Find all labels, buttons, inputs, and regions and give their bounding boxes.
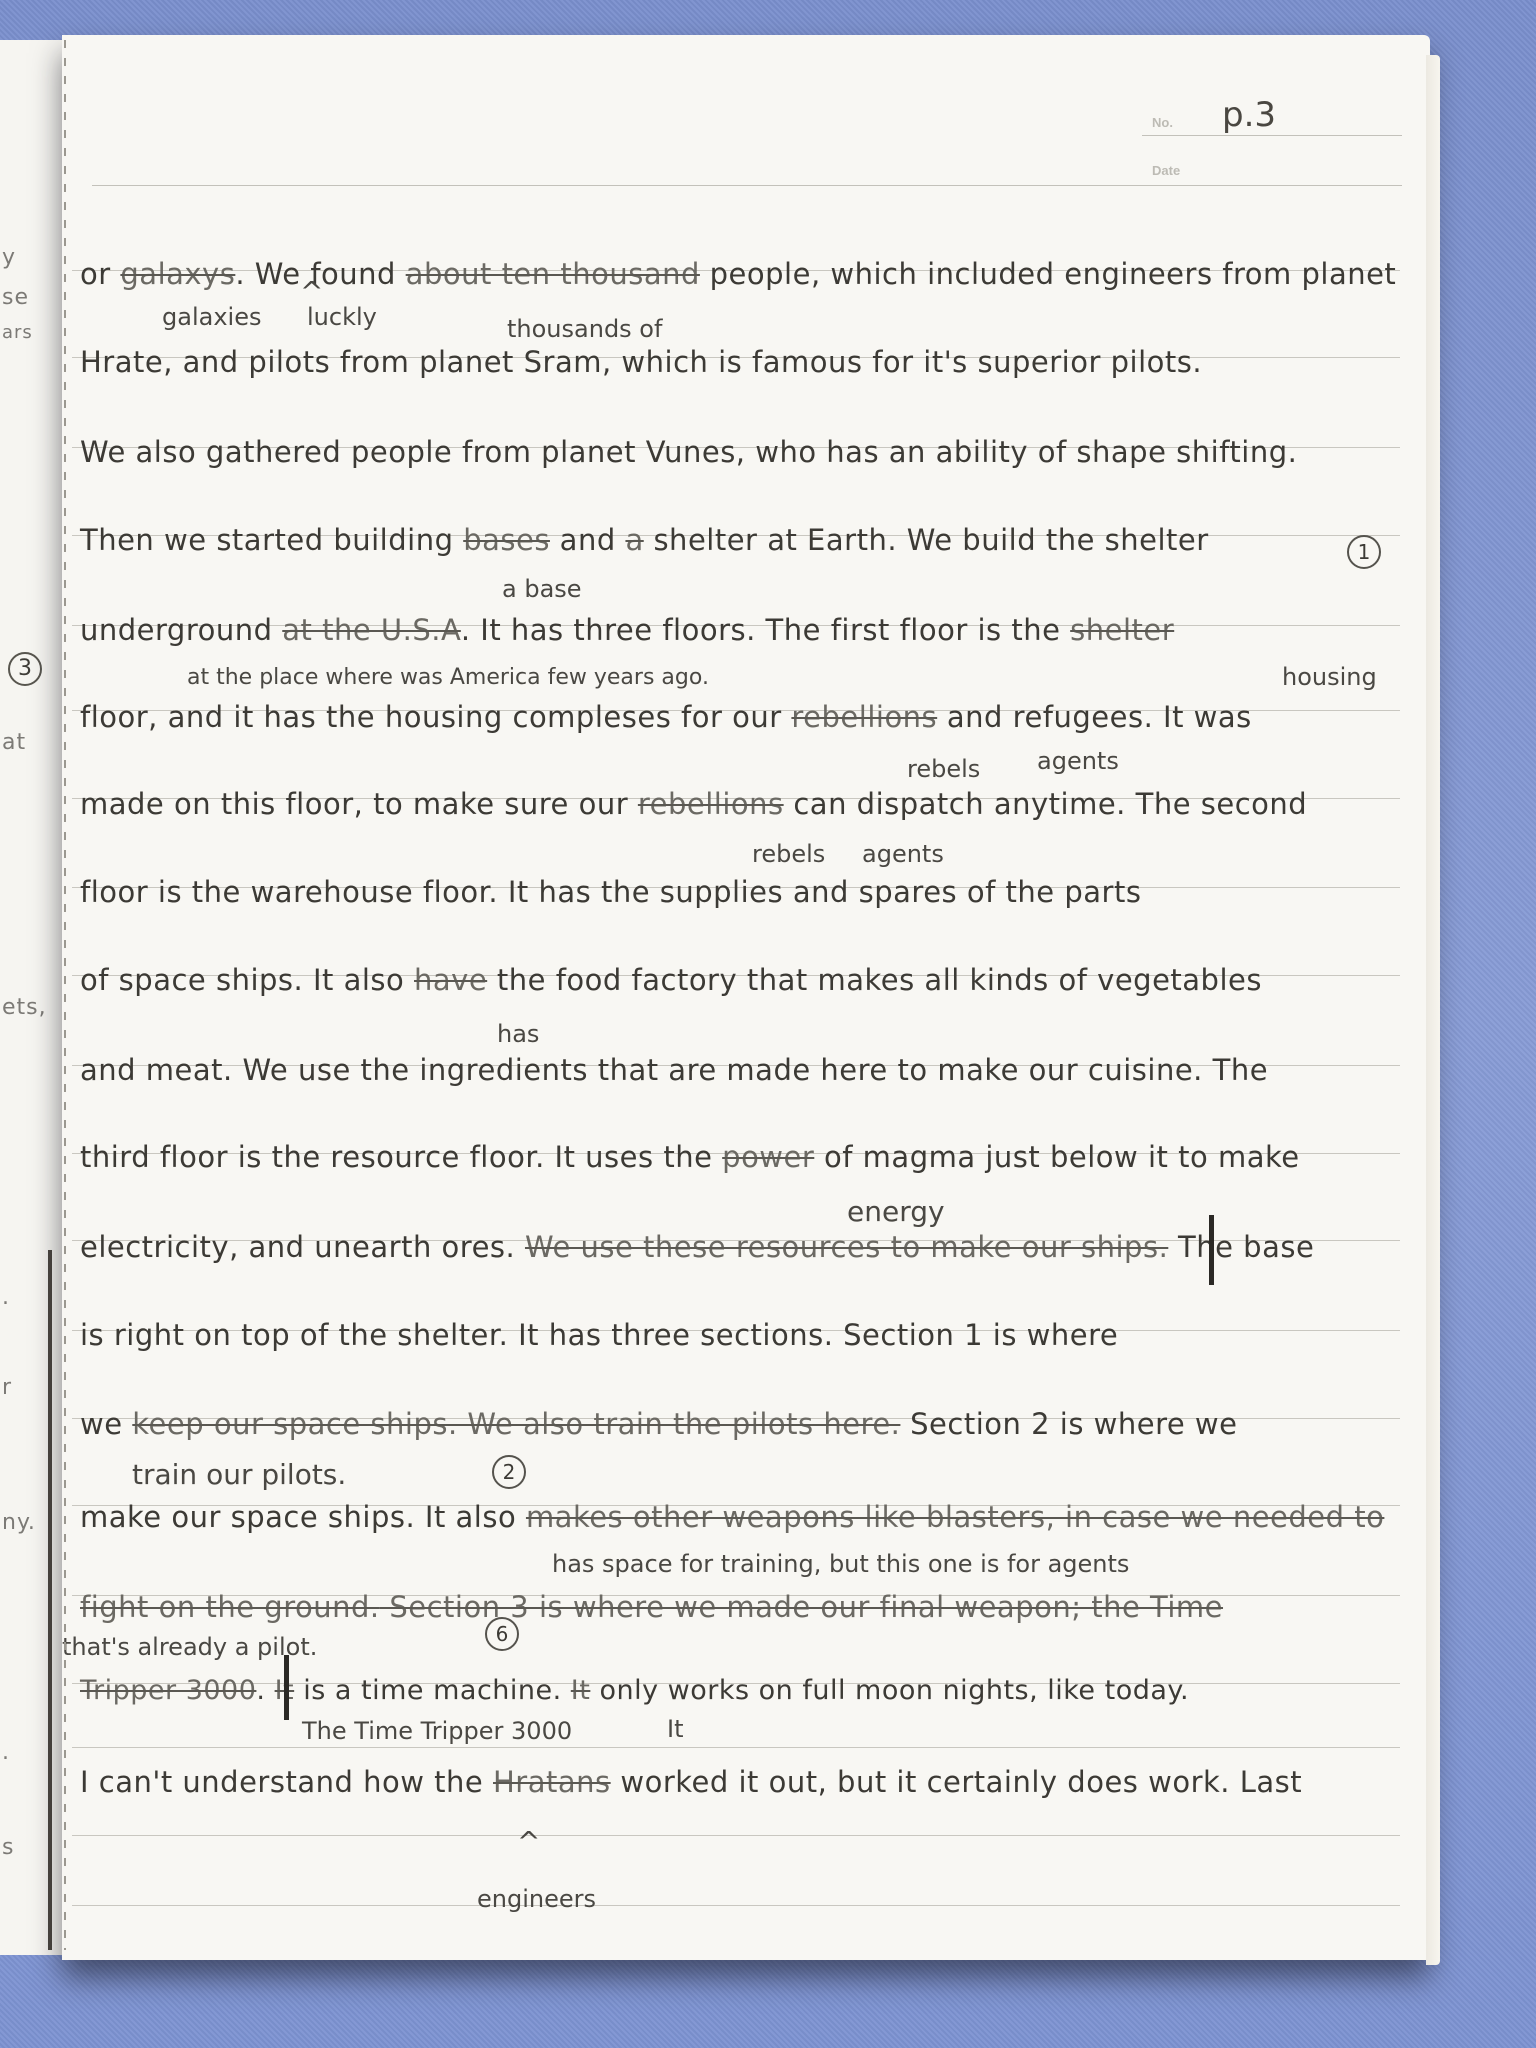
- struck-text: about ten thousand: [406, 257, 700, 291]
- circled-number-mark: 2: [492, 1455, 526, 1489]
- left-page: y se ars 3 at ets, . r ny. . s: [0, 40, 63, 1955]
- date-label: Date: [1152, 163, 1180, 178]
- handwritten-line-3: We also gathered people from planet Vune…: [80, 435, 1297, 469]
- text: and: [550, 523, 626, 557]
- text: worked it out, but it certainly does wor…: [611, 1765, 1303, 1799]
- insertion: a base: [502, 575, 582, 603]
- insertion: has space for training, but this one is …: [552, 1550, 1129, 1578]
- text: make our space ships. It also: [80, 1500, 526, 1534]
- insertion: rebels: [752, 840, 825, 868]
- insertion: galaxies: [162, 303, 261, 331]
- left-page-fragment: .: [2, 1740, 10, 1765]
- insertion: that's already a pilot.: [62, 1633, 317, 1661]
- left-page-fragment: .: [2, 1285, 10, 1310]
- left-page-fragment: ny.: [2, 1510, 36, 1535]
- text: can dispatch anytime. The second: [784, 787, 1308, 821]
- text: is a time machine.: [294, 1675, 571, 1706]
- insertion: engineers: [477, 1885, 596, 1913]
- text: I can't understand how the: [80, 1765, 493, 1799]
- text: only works on full moon nights, like tod…: [590, 1675, 1189, 1706]
- struck-text: We use these resources to make our ships…: [525, 1230, 1168, 1264]
- insertion-bar-mark: [1209, 1215, 1214, 1285]
- handwritten-line-4: Then we started building bases and a she…: [80, 523, 1209, 557]
- handwritten-line-12: electricity, and unearth ores. We use th…: [80, 1230, 1314, 1264]
- text: we: [80, 1407, 132, 1441]
- struck-text: keep our space ships. We also train the …: [132, 1407, 900, 1441]
- caret-mark: ^: [300, 275, 323, 308]
- handwritten-line-17: Tripper 3000. It is a time machine. It o…: [80, 1675, 1189, 1706]
- text: third floor is the resource floor. It us…: [80, 1140, 722, 1174]
- header-rule: [92, 185, 1402, 186]
- struck-text: at the U.S.A: [282, 613, 461, 647]
- struck-text: rebellions: [791, 700, 937, 734]
- insertion: rebels: [907, 755, 980, 783]
- text: Section 2 is where we: [900, 1407, 1237, 1441]
- handwritten-line-5: underground at the U.S.A. It has three f…: [80, 613, 1174, 647]
- struck-text: rebellions: [638, 787, 784, 821]
- insertion: at the place where was America few years…: [187, 665, 709, 690]
- spine-shadow: [48, 1250, 52, 1950]
- rule-line: [72, 1747, 1400, 1748]
- handwritten-line-15: make our space ships. It also makes othe…: [80, 1500, 1384, 1534]
- page-number: p.3: [1222, 95, 1276, 135]
- text: . It has three floors. The first floor i…: [461, 613, 1070, 647]
- insertion: energy: [847, 1195, 945, 1228]
- spine-stitching: [64, 40, 66, 1950]
- text: floor, and it has the housing compleses …: [80, 700, 791, 734]
- notebook-page: No. p.3 Date or galaxys. We found about …: [62, 35, 1430, 1960]
- left-page-fragment: at: [2, 730, 26, 755]
- no-underline: [1142, 135, 1402, 136]
- struck-text: a: [625, 523, 643, 557]
- insertion: thousands of: [507, 315, 662, 343]
- handwritten-line-11: third floor is the resource floor. It us…: [80, 1140, 1300, 1174]
- no-label: No.: [1152, 115, 1173, 130]
- struck-text: makes other weapons like blasters, in ca…: [526, 1500, 1384, 1534]
- struck-text: Hratans: [493, 1765, 611, 1799]
- handwritten-line-1: or galaxys. We found about ten thousand …: [80, 257, 1396, 291]
- left-page-fragment: ets,: [2, 995, 47, 1020]
- left-page-fragment: y: [2, 245, 16, 270]
- rule-line: [72, 1905, 1400, 1906]
- struck-text: power: [722, 1140, 814, 1174]
- circled-number-mark: 6: [485, 1617, 519, 1651]
- struck-text: have: [414, 963, 487, 997]
- insertion: housing: [1282, 663, 1377, 691]
- left-page-fragment: r: [2, 1375, 12, 1400]
- struck-text: bases: [463, 523, 550, 557]
- circled-number-mark: 1: [1347, 535, 1381, 569]
- text: made on this floor, to make sure our: [80, 787, 638, 821]
- insertion: train our pilots.: [132, 1458, 346, 1491]
- struck-text: It: [571, 1675, 591, 1706]
- text: of magma just below it to make: [814, 1140, 1299, 1174]
- handwritten-line-16: fight on the ground. Section 3 is where …: [80, 1590, 1223, 1624]
- text: shelter at Earth. We build the shelter: [644, 523, 1209, 557]
- handwritten-line-18: I can't understand how the Hratans worke…: [80, 1765, 1302, 1799]
- handwritten-line-2: Hrate, and pilots from planet Sram, whic…: [80, 345, 1202, 379]
- text: found: [310, 257, 405, 291]
- handwritten-line-9: of space ships. It also have the food fa…: [80, 963, 1262, 997]
- text: Then we started building: [80, 523, 463, 557]
- insertion: It: [667, 1715, 684, 1743]
- struck-text: fight on the ground.: [80, 1590, 380, 1624]
- insertion: agents: [1037, 747, 1119, 775]
- text: or: [80, 257, 120, 291]
- insertion: The Time Tripper 3000: [302, 1717, 572, 1745]
- insertion: has: [497, 1020, 539, 1048]
- text: of space ships. It also: [80, 963, 414, 997]
- left-page-circled-mark: 3: [8, 652, 42, 686]
- struck-text: Tripper 3000: [80, 1675, 256, 1706]
- insertion: agents: [862, 840, 944, 868]
- text: and refugees. It was: [937, 700, 1252, 734]
- text: electricity, and unearth ores.: [80, 1230, 525, 1264]
- text: underground: [80, 613, 282, 647]
- rule-line: [72, 1835, 1400, 1836]
- insertion-bar-mark: [284, 1655, 289, 1720]
- text: the food factory that makes all kinds of…: [487, 963, 1262, 997]
- text: The base: [1168, 1230, 1314, 1264]
- handwritten-line-8: floor is the warehouse floor. It has the…: [80, 875, 1141, 909]
- caret-mark: ^: [517, 1825, 540, 1858]
- struck-text: galaxys: [120, 257, 235, 291]
- left-page-fragment: se: [2, 285, 29, 310]
- left-page-fragment: s: [2, 1835, 14, 1860]
- left-page-fragment: ars: [2, 322, 33, 343]
- handwritten-line-7: made on this floor, to make sure our reb…: [80, 787, 1307, 821]
- handwritten-line-14: we keep our space ships. We also train t…: [80, 1407, 1238, 1441]
- page-edge: [1426, 55, 1440, 1965]
- handwritten-line-6: floor, and it has the housing compleses …: [80, 700, 1252, 734]
- handwritten-line-10: and meat. We use the ingredients that ar…: [80, 1053, 1268, 1087]
- text: .: [256, 1675, 274, 1706]
- handwritten-line-13: is right on top of the shelter. It has t…: [80, 1318, 1118, 1352]
- text: people, which included engineers from pl…: [700, 257, 1396, 291]
- struck-text: shelter: [1070, 613, 1174, 647]
